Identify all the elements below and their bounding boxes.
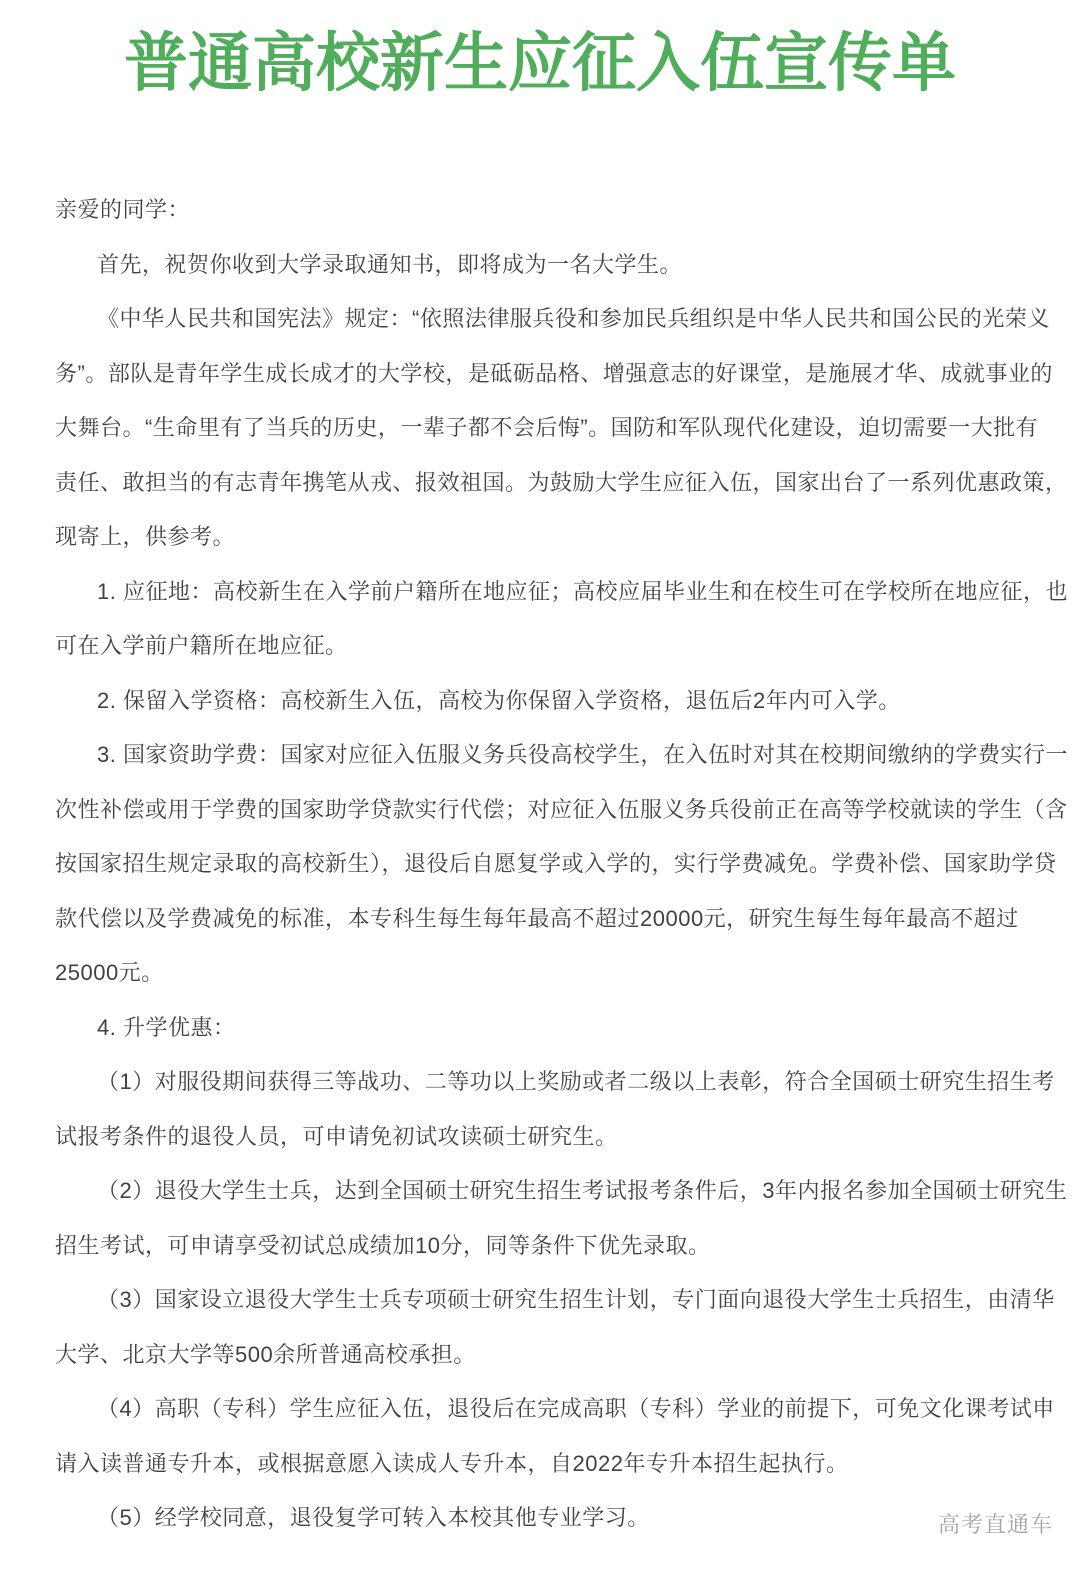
text-line: 大学、北京大学等500余所普通高校承担。 (55, 1328, 1035, 1383)
text-line: 现寄上，供参考。 (55, 510, 1035, 565)
text-line: 2. 保留入学资格：高校新生入伍，高校为你保留入学资格，退伍后2年内可入学。 (55, 674, 1035, 729)
text-line: 3. 国家资助学费：国家对应征入伍服义务兵役高校学生，在入伍时对其在校期间缴纳的… (55, 728, 1035, 783)
text-line: 1. 应征地：高校新生在入学前户籍所在地应征；高校应届毕业生和在校生可在学校所在… (55, 565, 1035, 620)
text-line: （5）经学校同意，退役复学可转入本校其他专业学习。 (55, 1491, 1035, 1546)
text-line: （2）退役大学生士兵，达到全国硕士研究生招生考试报考条件后，3年内报名参加全国硕… (55, 1164, 1035, 1219)
flyer-page: 普通高校新生应征入伍宣传单 亲爱的同学：首先，祝贺你收到大学录取通知书，即将成为… (0, 0, 1080, 1571)
text-line: 招生考试，可申请享受初试总成绩加10分，同等条件下优先录取。 (55, 1219, 1035, 1274)
text-line: 请入读普通专升本，或根据意愿入读成人专升本，自2022年专升本招生起执行。 (55, 1437, 1035, 1492)
text-line: （3）国家设立退役大学生士兵专项硕士研究生招生计划，专门面向退役大学生士兵招生，… (55, 1273, 1035, 1328)
text-line: 按国家招生规定录取的高校新生），退役后自愿复学或入学的，实行学费减免。学费补偿、… (55, 837, 1035, 892)
text-line: 25000元。 (55, 946, 1035, 1001)
text-line: 责任、敢担当的有志青年携笔从戎、报效祖国。为鼓励大学生应征入伍，国家出台了一系列… (55, 456, 1035, 511)
text-line: 亲爱的同学： (55, 183, 1035, 238)
text-line: 可在入学前户籍所在地应征。 (55, 619, 1035, 674)
text-line: 《中华人民共和国宪法》规定：“依照法律服兵役和参加民兵组织是中华人民共和国公民的… (55, 292, 1035, 347)
text-line: 大舞台。“生命里有了当兵的历史，一辈子都不会后悔”。国防和军队现代化建设，迫切需… (55, 401, 1035, 456)
document-body: 亲爱的同学：首先，祝贺你收到大学录取通知书，即将成为一名大学生。《中华人民共和国… (55, 183, 1035, 1546)
text-line: （1）对服役期间获得三等战功、二等功以上奖励或者二级以上表彰，符合全国硕士研究生… (55, 1055, 1035, 1110)
text-line: 4. 升学优惠： (55, 1001, 1035, 1056)
page-title: 普通高校新生应征入伍宣传单 (0, 30, 1080, 97)
text-line: （4）高职（专科）学生应征入伍，退役后在完成高职（专科）学业的前提下，可免文化课… (55, 1382, 1035, 1437)
text-line: 务”。部队是青年学生成长成才的大学校，是砥砺品格、增强意志的好课堂，是施展才华、… (55, 347, 1035, 402)
text-line: 次性补偿或用于学费的国家助学贷款实行代偿；对应征入伍服义务兵役前正在高等学校就读… (55, 783, 1035, 838)
text-line: 首先，祝贺你收到大学录取通知书，即将成为一名大学生。 (55, 238, 1035, 293)
text-line: 试报考条件的退役人员，可申请免初试攻读硕士研究生。 (55, 1110, 1035, 1165)
watermark: 高考直通车 (938, 1514, 1053, 1536)
text-line: 款代偿以及学费减免的标准，本专科生每生每年最高不超过20000元，研究生每生每年… (55, 892, 1035, 947)
